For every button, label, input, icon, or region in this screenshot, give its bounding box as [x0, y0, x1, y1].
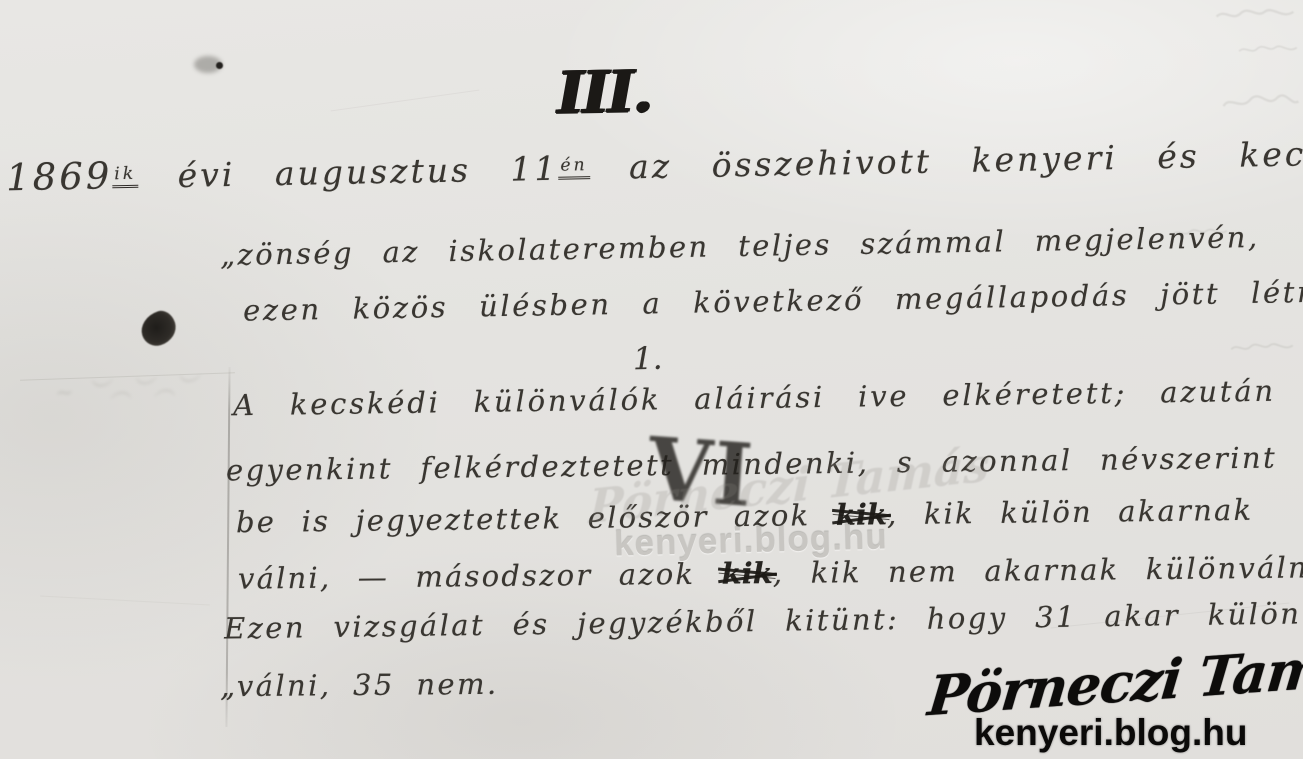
- ordinal-superscript: ik: [112, 164, 138, 188]
- bleedthrough-text: ~ ﻿ ︶︵︶︵︶: [54, 368, 225, 408]
- year-figure: 1869: [6, 154, 113, 199]
- line-text: , kik külön akarnak: [887, 493, 1254, 531]
- watermark-site-faint: kenyeri.blog.hu: [614, 517, 889, 564]
- manuscript-line-9: „válni, 35 nem.: [220, 667, 499, 703]
- page-numeral: III.: [556, 57, 651, 127]
- manuscript-line-3: ezen közös ülésben a következő megállapo…: [243, 274, 1303, 327]
- bleedthrough-mark: [1215, 4, 1295, 26]
- line-text: az összehivott kenyeri és kecskédi kö: [589, 131, 1303, 187]
- bleedthrough-mark: [1238, 40, 1298, 60]
- ink-blot: [137, 307, 180, 349]
- section-numeral: 1.: [633, 341, 663, 378]
- manuscript-line-1: 1869ik évi augusztus 11én az összehivott…: [6, 128, 1303, 200]
- manuscript-line-2: „zönség az iskolateremben teljes számmal…: [220, 220, 1260, 272]
- line-text: évi augusztus: [138, 150, 511, 196]
- bleedthrough-mark: [1222, 92, 1300, 114]
- paper-crease: [40, 596, 210, 606]
- bleedthrough-mark: [1230, 338, 1294, 358]
- scanned-document-page: ~ ﻿ ︶︵︶︵︶ III. 1869ik évi augusztus 11én…: [0, 0, 1303, 759]
- manuscript-line-8: Ezen vizsgálat és jegyzékből kitünt: hog…: [224, 596, 1302, 645]
- paper-crease: [331, 90, 480, 112]
- day-figure: 11: [510, 149, 559, 189]
- ordinal-superscript: én: [558, 155, 590, 180]
- watermark-site-label: kenyeri.blog.hu: [974, 712, 1247, 754]
- manuscript-line-4: A kecskédi különválók aláirási ive elkér…: [233, 374, 1276, 423]
- ink-smudge-dot: [216, 62, 223, 69]
